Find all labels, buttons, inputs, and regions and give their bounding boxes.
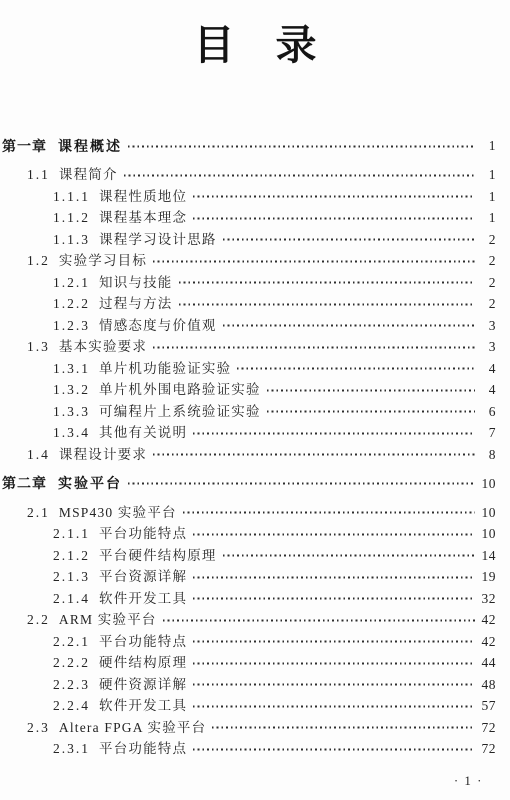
dot-leader xyxy=(193,217,475,219)
dot-leader xyxy=(179,282,476,284)
toc-entry: 2.2.1 平台功能特点 42 xyxy=(2,631,496,653)
entry-page-number: 3 xyxy=(480,319,496,333)
toc-entry: 1.2.3 情感态度与价值观 3 xyxy=(2,315,496,337)
entry-title: 课程基本理念 xyxy=(99,211,187,225)
dot-leader xyxy=(193,576,475,578)
entry-title: 基本实验要求 xyxy=(59,340,147,354)
entry-page-number: 44 xyxy=(480,656,496,670)
entry-number: 2.1.1 xyxy=(53,527,90,541)
toc-entry: 1.3.3 可编程片上系统验证实验 6 xyxy=(2,401,496,423)
entry-title: ARM 实验平台 xyxy=(59,613,157,627)
entry-title: 课程性质地位 xyxy=(99,190,187,204)
entry-number: 第二章 xyxy=(2,476,47,490)
dot-leader xyxy=(193,684,475,686)
entry-title: 软件开发工具 xyxy=(99,592,187,606)
entry-page-number: 4 xyxy=(480,362,496,376)
entry-number: 1.2.1 xyxy=(53,276,90,290)
entry-page-number: 14 xyxy=(480,549,496,563)
entry-page-number: 1 xyxy=(480,211,496,225)
entry-number: 2.3 xyxy=(27,721,50,735)
entry-number: 2.2.1 xyxy=(53,635,90,649)
dot-leader xyxy=(212,727,475,729)
toc-entry: 2.1.1 平台功能特点 10 xyxy=(2,523,496,545)
entry-page-number: 57 xyxy=(480,699,496,713)
entry-page-number: 72 xyxy=(480,721,496,735)
toc-entry: 1.1 课程简介 1 xyxy=(2,164,496,186)
toc-entry: 2.3 Altera FPGA 实验平台 72 xyxy=(2,717,496,739)
dot-leader xyxy=(179,303,476,305)
entry-page-number: 1 xyxy=(480,139,496,153)
entry-title: Altera FPGA 实验平台 xyxy=(59,721,206,735)
entry-title: 软件开发工具 xyxy=(99,699,187,713)
toc-entry: 2.1.4 软件开发工具 32 xyxy=(2,588,496,610)
entry-number: 2.1.2 xyxy=(53,549,90,563)
entry-number: 1.3.3 xyxy=(53,405,90,419)
dot-leader xyxy=(153,454,475,456)
entry-title: 平台功能特点 xyxy=(99,742,187,756)
toc-entry: 1.2.1 知识与技能 2 xyxy=(2,272,496,294)
entry-number: 2.3.1 xyxy=(53,742,90,756)
entry-title: 平台资源详解 xyxy=(99,570,187,584)
entry-page-number: 2 xyxy=(480,233,496,247)
entry-title: 过程与方法 xyxy=(99,297,173,311)
entry-page-number: 2 xyxy=(480,276,496,290)
entry-page-number: 7 xyxy=(480,426,496,440)
entry-page-number: 32 xyxy=(480,592,496,606)
entry-title: 其他有关说明 xyxy=(99,426,187,440)
entry-page-number: 2 xyxy=(480,297,496,311)
toc-entry: 1.3.2 单片机外围电路验证实验 4 xyxy=(2,379,496,401)
page-title: 目 录 xyxy=(0,22,510,69)
toc-entry: 2.2 ARM 实验平台 42 xyxy=(2,609,496,631)
toc-entry: 1.4 课程设计要求 8 xyxy=(2,444,496,466)
entry-page-number: 42 xyxy=(480,613,496,627)
entry-number: 1.1.2 xyxy=(53,211,90,225)
entry-title: 单片机外围电路验证实验 xyxy=(99,383,261,397)
dot-leader xyxy=(223,555,475,557)
entry-page-number: 42 xyxy=(480,635,496,649)
dot-leader xyxy=(193,598,475,600)
entry-title: 实验平台 xyxy=(58,476,122,490)
dot-leader xyxy=(128,483,475,485)
entry-page-number: 1 xyxy=(480,168,496,182)
entry-title: 课程设计要求 xyxy=(59,448,147,462)
toc-entry: 第二章 实验平台 10 xyxy=(2,473,496,495)
dot-leader xyxy=(193,196,475,198)
entry-title: MSP430 实验平台 xyxy=(59,506,177,520)
entry-number: 1.2.3 xyxy=(53,319,90,333)
dot-leader xyxy=(193,641,475,643)
entry-title: 硬件资源详解 xyxy=(99,678,187,692)
dot-leader xyxy=(223,325,475,327)
entry-title: 平台功能特点 xyxy=(99,635,187,649)
toc-entry: 1.3 基本实验要求 3 xyxy=(2,336,496,358)
toc-entry: 2.2.3 硬件资源详解 48 xyxy=(2,674,496,696)
dot-leader xyxy=(193,705,475,707)
dot-leader xyxy=(193,662,475,664)
toc-entry: 1.3.1 单片机功能验证实验 4 xyxy=(2,358,496,380)
dot-leader xyxy=(237,368,475,370)
entry-number: 2.1.3 xyxy=(53,570,90,584)
entry-page-number: 4 xyxy=(480,383,496,397)
entry-number: 1.1.1 xyxy=(53,190,90,204)
toc-entry: 第一章 课程概述 1 xyxy=(2,135,496,157)
entry-title: 平台功能特点 xyxy=(99,527,187,541)
entry-title: 硬件结构原理 xyxy=(99,656,187,670)
dot-leader xyxy=(267,411,475,413)
entry-title: 课程简介 xyxy=(59,168,118,182)
entry-title: 知识与技能 xyxy=(99,276,173,290)
entry-page-number: 19 xyxy=(480,570,496,584)
entry-page-number: 48 xyxy=(480,678,496,692)
dot-leader xyxy=(193,533,475,535)
entry-number: 1.3 xyxy=(27,340,50,354)
entry-number: 1.1.3 xyxy=(53,233,90,247)
entry-number: 2.1 xyxy=(27,506,50,520)
toc-entry: 2.1.2 平台硬件结构原理 14 xyxy=(2,545,496,567)
toc-entry: 2.1.3 平台资源详解 19 xyxy=(2,566,496,588)
entry-number: 2.2 xyxy=(27,613,50,627)
entry-number: 1.1 xyxy=(27,168,50,182)
dot-leader xyxy=(163,619,475,621)
dot-leader xyxy=(128,145,475,147)
entry-title: 单片机功能验证实验 xyxy=(99,362,231,376)
entry-page-number: 1 xyxy=(480,190,496,204)
entry-page-number: 10 xyxy=(480,506,496,520)
toc-entry: 2.2.2 硬件结构原理 44 xyxy=(2,652,496,674)
toc-entry: 1.1.3 课程学习设计思路 2 xyxy=(2,229,496,251)
toc-entry: 1.2.2 过程与方法 2 xyxy=(2,293,496,315)
entry-number: 1.4 xyxy=(27,448,50,462)
entry-page-number: 10 xyxy=(480,527,496,541)
entry-number: 1.2.2 xyxy=(53,297,90,311)
entry-number: 2.1.4 xyxy=(53,592,90,606)
entry-number: 1.3.2 xyxy=(53,383,90,397)
entry-number: 1.3.1 xyxy=(53,362,90,376)
dot-leader xyxy=(193,432,475,434)
dot-leader xyxy=(153,260,475,262)
entry-number: 第一章 xyxy=(2,139,47,153)
entry-page-number: 10 xyxy=(480,477,496,491)
entry-number: 2.2.4 xyxy=(53,699,90,713)
entry-number: 1.2 xyxy=(27,254,50,268)
toc-entry: 2.2.4 软件开发工具 57 xyxy=(2,695,496,717)
toc-entry: 2.3.1 平台功能特点 72 xyxy=(2,738,496,760)
entry-title: 可编程片上系统验证实验 xyxy=(99,405,261,419)
toc-entry: 1.1.1 课程性质地位 1 xyxy=(2,186,496,208)
entry-title: 实验学习目标 xyxy=(59,254,147,268)
entry-page-number: 3 xyxy=(480,340,496,354)
toc-page: 目 录 第一章 课程概述 1 1.1 课程简介 1 1.1.1 课程性质地位 1… xyxy=(0,0,510,800)
entry-page-number: 6 xyxy=(480,405,496,419)
entry-title: 课程学习设计思路 xyxy=(99,233,217,247)
dot-leader xyxy=(183,512,475,514)
entry-page-number: 2 xyxy=(480,254,496,268)
entry-title: 情感态度与价值观 xyxy=(99,319,217,333)
dot-leader xyxy=(153,346,475,348)
dot-leader xyxy=(124,174,475,176)
dot-leader xyxy=(267,389,475,391)
toc-entry: 2.1 MSP430 实验平台 10 xyxy=(2,502,496,524)
toc-entry: 1.1.2 课程基本理念 1 xyxy=(2,207,496,229)
footer-page-number: · 1 · xyxy=(454,773,483,789)
dot-leader xyxy=(193,748,475,750)
toc-entry: 1.2 实验学习目标 2 xyxy=(2,250,496,272)
toc-entry: 1.3.4 其他有关说明 7 xyxy=(2,422,496,444)
entry-number: 1.3.4 xyxy=(53,426,90,440)
entry-page-number: 72 xyxy=(480,742,496,756)
entry-title: 课程概述 xyxy=(58,139,122,153)
entry-page-number: 8 xyxy=(480,448,496,462)
entry-number: 2.2.3 xyxy=(53,678,90,692)
toc-list: 第一章 课程概述 1 1.1 课程简介 1 1.1.1 课程性质地位 1 1.1… xyxy=(2,128,496,760)
entry-title: 平台硬件结构原理 xyxy=(99,549,217,563)
dot-leader xyxy=(223,239,475,241)
entry-number: 2.2.2 xyxy=(53,656,90,670)
